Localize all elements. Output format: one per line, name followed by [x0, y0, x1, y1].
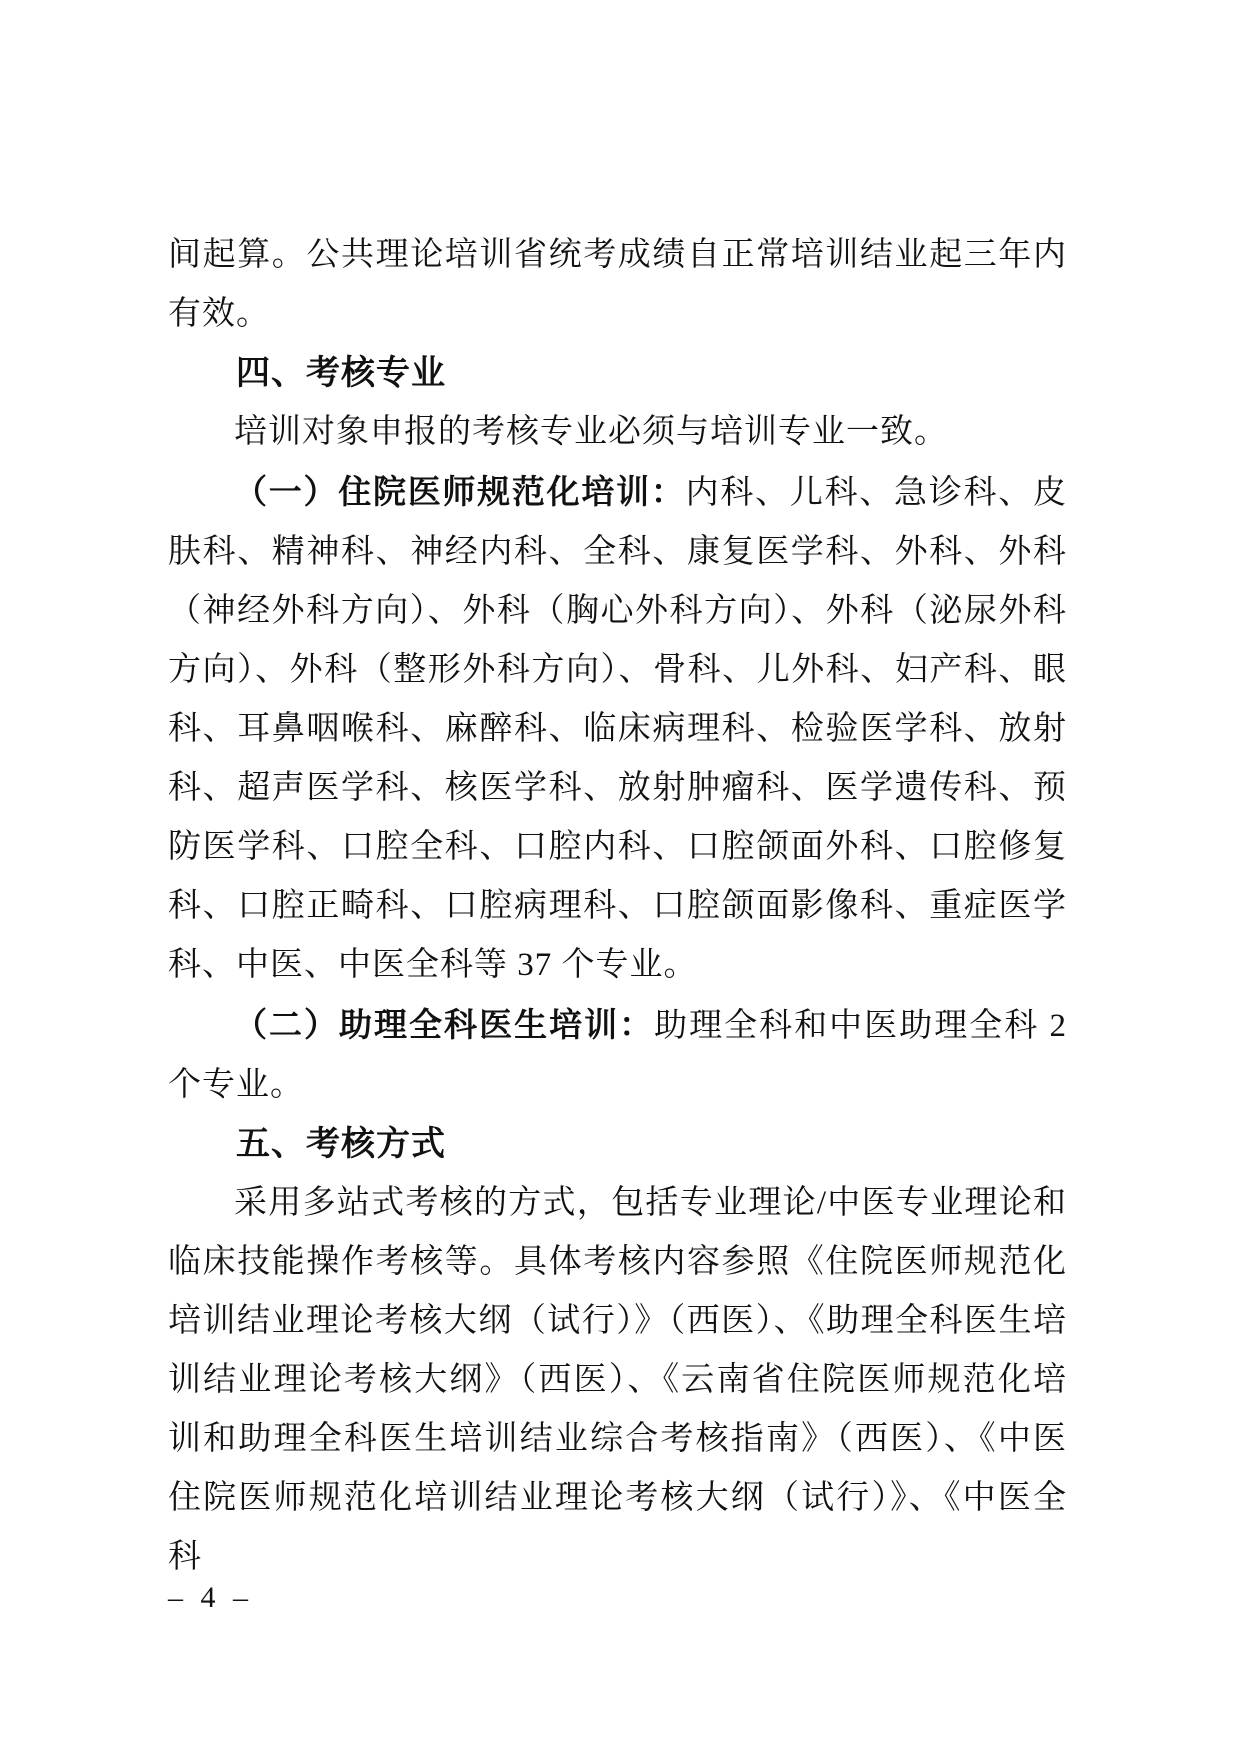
- section-heading-4-exam-majors: 四、考核专业: [168, 344, 1067, 403]
- paragraph-continuation-from-previous-page: 间起算。公共理论培训省统考成绩自正常培训结业起三年内有效。: [168, 226, 1067, 344]
- paragraph-item2-assistant-gp-majors: （二）助理全科医生培训：助理全科和中医助理全科 2 个专业。: [168, 995, 1067, 1115]
- item2-lead-label: （二）助理全科医生培训：: [234, 1006, 654, 1043]
- paragraph-exam-method: 采用多站式考核的方式，包括专业理论/中医专业理论和临床技能操作考核等。具体考核内…: [168, 1174, 1067, 1587]
- item1-body-text: 内科、儿科、急诊科、皮肤科、精神科、神经内科、全科、康复医学科、外科、外科（神经…: [168, 475, 1067, 983]
- paragraph-exam-majors-intro: 培训对象申报的考核专业必须与培训专业一致。: [168, 403, 1067, 462]
- document-page: 间起算。公共理论培训省统考成绩自正常培训结业起三年内有效。 四、考核专业 培训对…: [0, 0, 1241, 1754]
- page-footer: – 4 –: [168, 1568, 253, 1627]
- item1-lead-label: （一）住院医师规范化培训：: [234, 473, 686, 510]
- page-number: – 4 –: [168, 1581, 253, 1614]
- paragraph-item1-residency-majors: （一）住院医师规范化培训：内科、儿科、急诊科、皮肤科、精神科、神经内科、全科、康…: [168, 462, 1067, 995]
- section-heading-5-exam-method: 五、考核方式: [168, 1115, 1067, 1174]
- document-body: 间起算。公共理论培训省统考成绩自正常培训结业起三年内有效。 四、考核专业 培训对…: [168, 226, 1067, 1587]
